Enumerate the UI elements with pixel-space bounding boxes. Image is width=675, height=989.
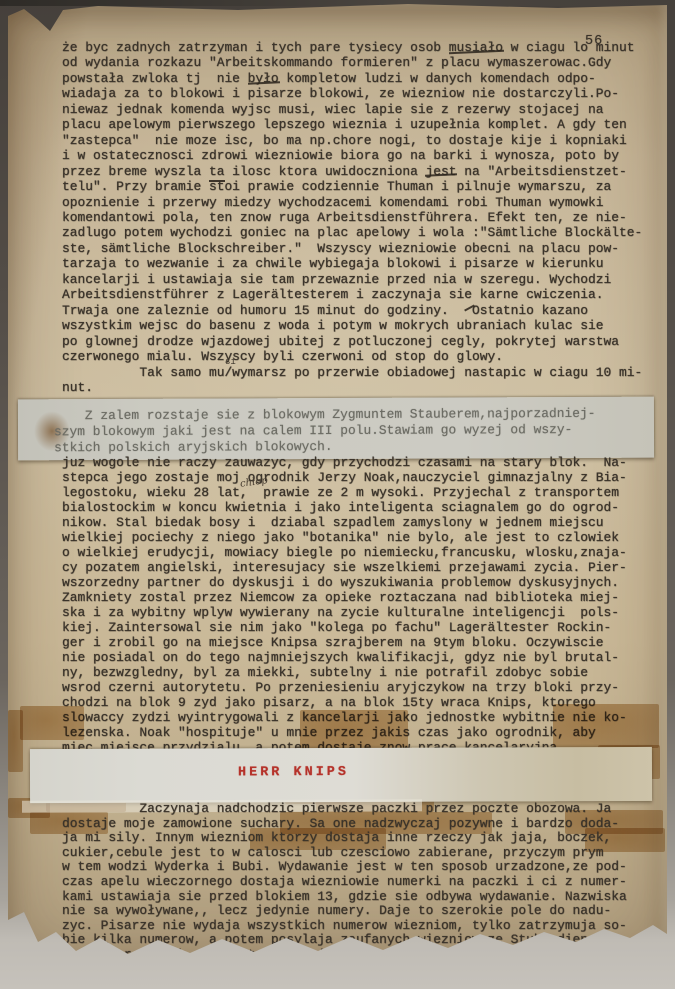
typed-underline	[209, 180, 225, 182]
packages-paragraph-text: Zaczynaja nadchodzic pierwsze paczki prz…	[62, 802, 627, 963]
pasted-note-strip: Z zalem rozstaje sie z blokowym Zygmunte…	[18, 397, 654, 461]
tape-stain	[20, 706, 84, 740]
photo-shadow-edge	[0, 0, 675, 6]
main-paragraph-text: że byc zadnych zatrzyman i tych pare tys…	[62, 40, 642, 395]
tape-stain	[553, 704, 659, 748]
document-page: 56 że byc zadnych zatrzyman i tych pare …	[8, 4, 667, 964]
typed-superscript-insert: si	[225, 357, 236, 367]
section-heading: HERR KNIPS	[238, 765, 349, 780]
tape-stain	[8, 710, 23, 772]
pasted-note-text: Z zalem rozstaje sie z blokowym Zygmunte…	[54, 406, 596, 456]
photo-background: 56 że byc zadnych zatrzyman i tych pare …	[0, 0, 675, 989]
heading-strip: HERR KNIPS	[30, 747, 652, 803]
